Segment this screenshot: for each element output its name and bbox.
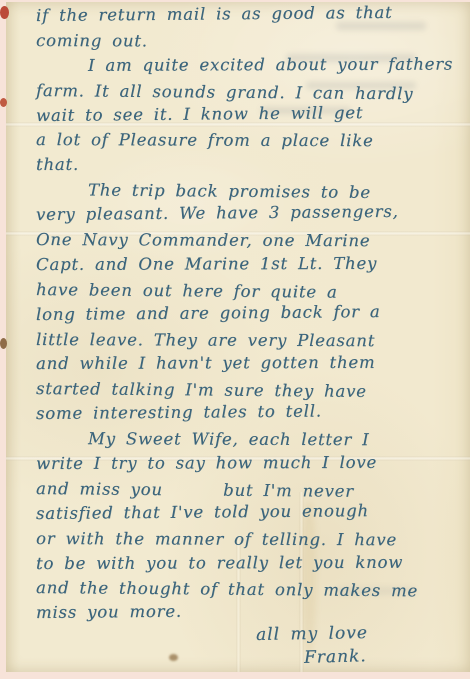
letter-line: some interesting tales to tell. [36,399,460,428]
letter-line: or with the manner of telling. I have [36,527,460,553]
letter-line: write I try to say how much I love [36,451,460,477]
letter-line: satisfied that I've told you enough [36,498,460,527]
paper-stain [169,654,178,661]
letter-line: to be with you to really let you know [36,550,460,576]
closing-line: all my love [256,623,368,645]
letter-line: Capt. and One Marine 1st Lt. They [36,251,460,277]
letter-line: that. [36,152,460,178]
letter-line: I am quite excited about your fathers [36,52,460,78]
red-edge-mark [0,6,9,19]
letter-line: wait to see it. I know he will get [36,100,460,129]
letter-line: and while I havn't yet gotten them [36,351,460,377]
signature-name: Frank. [304,646,368,668]
letter-scan: if the return mail is as good as thatcom… [0,0,470,679]
letter-line: miss you more. [36,598,460,627]
letter-line: One Navy Commander, one Marine [36,228,460,254]
letter-line: My Sweet Wife, each letter I [36,427,460,453]
brown-edge-spot [0,338,7,349]
red-edge-mark [0,98,7,107]
letter-line: if the return mail is as good as that [36,0,460,29]
letter-paper: if the return mail is as good as thatcom… [6,2,470,672]
letter-body: if the return mail is as good as thatcom… [36,4,460,626]
letter-line: very pleasant. We have 3 passengers, [36,199,460,228]
letter-line: long time and are going back for a [36,299,460,328]
signature-block: all my love Frank. [256,624,368,667]
letter-line: coming out. [36,29,460,55]
